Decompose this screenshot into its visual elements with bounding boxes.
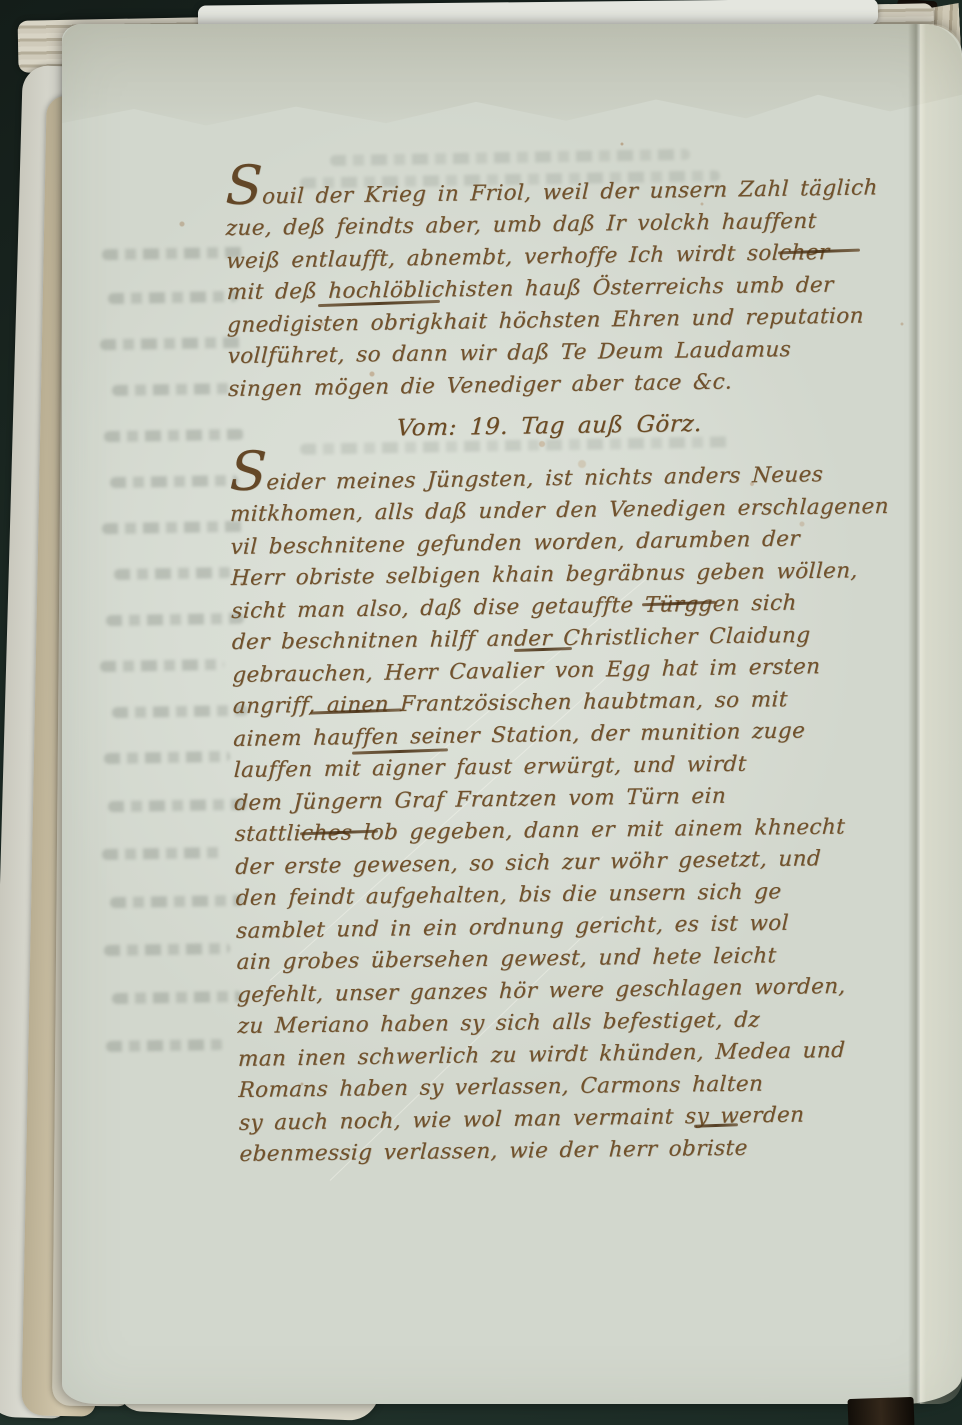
bleedthrough-line	[110, 895, 244, 908]
bleedthrough-line	[106, 1039, 224, 1052]
bleedthrough-line	[100, 659, 224, 672]
bleedthrough-line	[104, 943, 230, 956]
book-clasp-fragment	[847, 1397, 914, 1425]
manuscript-text-block: Souil der Krieg in Friol, weil der unser…	[225, 171, 952, 1171]
section-heading: Vom: 19. Tag auß Görz.	[228, 403, 942, 448]
bleedthrough-line	[108, 291, 238, 304]
bleedthrough-line	[110, 475, 238, 488]
bleedthrough-line	[112, 383, 232, 396]
bleedthrough-line	[112, 991, 242, 1004]
manuscript-photo: Souil der Krieg in Friol, weil der unser…	[0, 0, 962, 1425]
bleedthrough-line	[102, 847, 224, 860]
bleedthrough-line	[114, 567, 232, 580]
bleedthrough-line	[104, 751, 230, 764]
